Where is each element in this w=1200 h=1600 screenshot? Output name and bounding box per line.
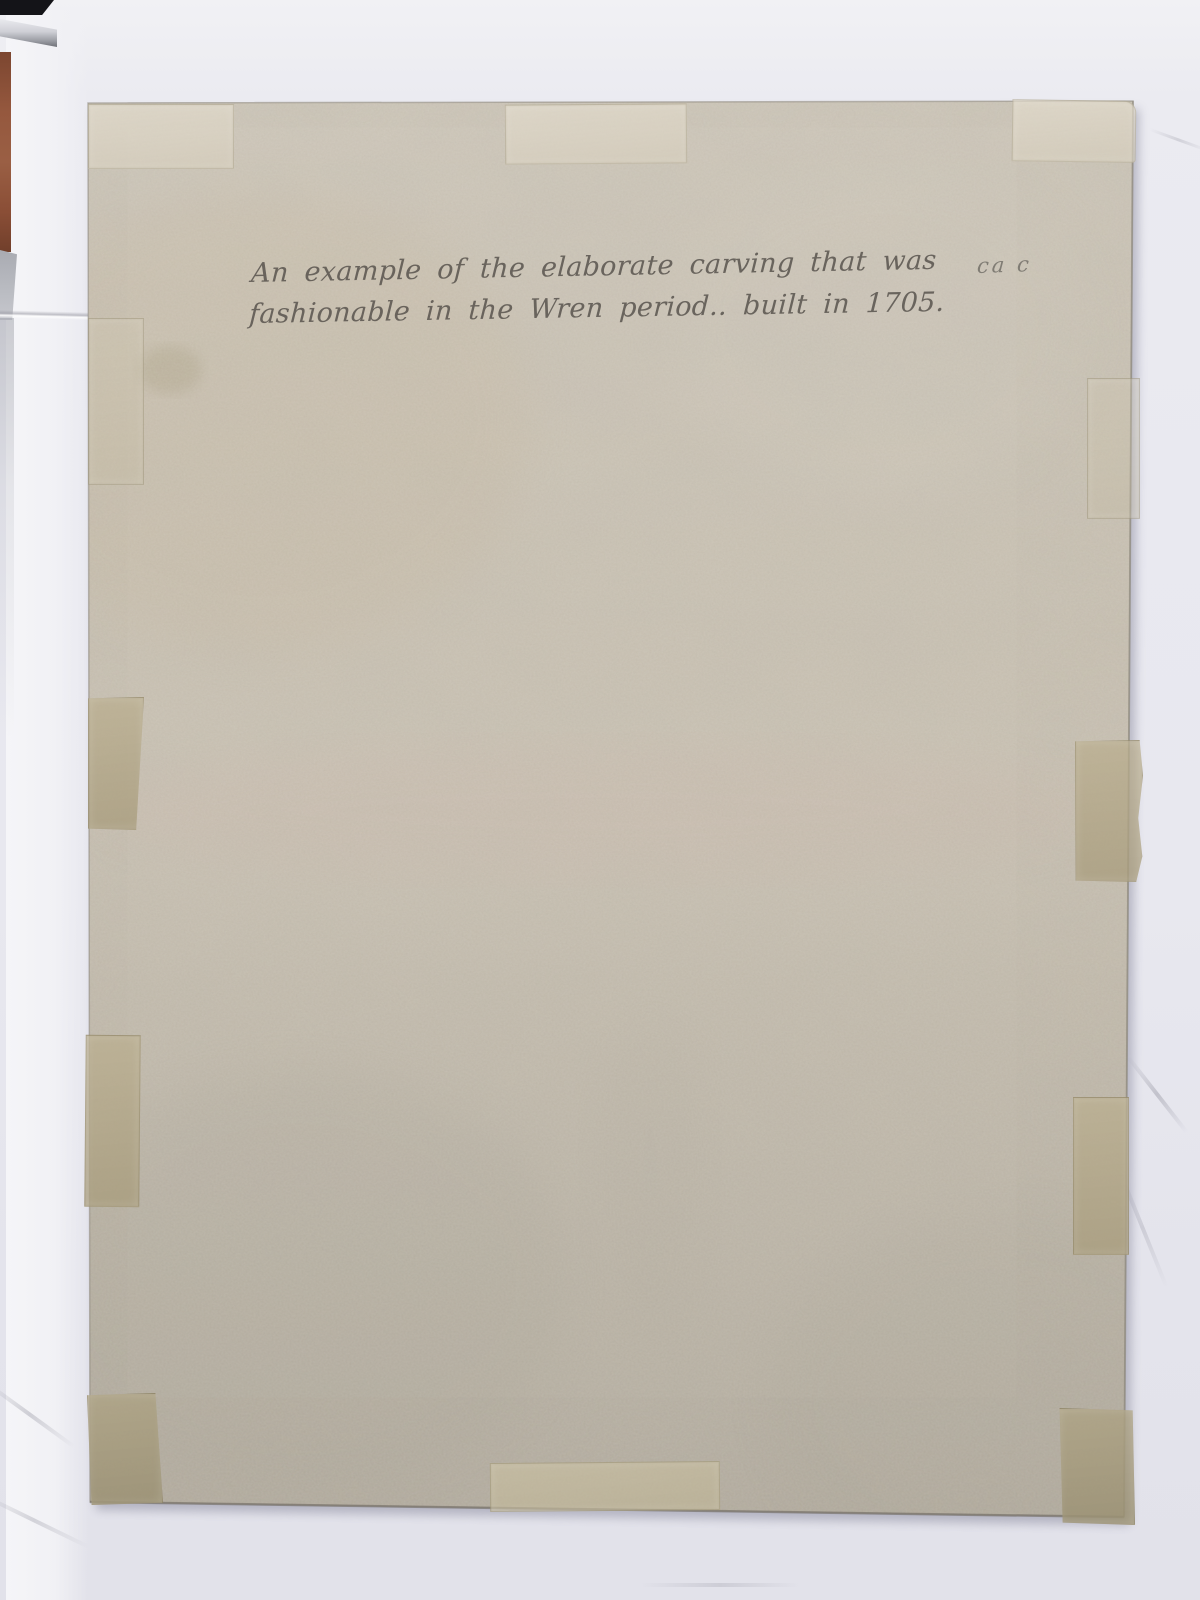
tape-top-right [1012,99,1137,163]
tape-left-middle [88,697,144,830]
tape-bottom-left [87,1393,163,1505]
tape-bottom-center [490,1461,720,1512]
mount-board [0,0,1200,1600]
tape-bottom-right [1058,1408,1135,1525]
tape-left-upper [88,318,144,485]
tape-right-middle [1075,740,1143,882]
tape-right-upper [1087,378,1140,519]
handwritten-corner-mark: ca c [976,252,1032,278]
tape-right-lower [1073,1097,1129,1255]
tape-top-center [505,103,687,164]
tape-top-left [88,104,234,169]
tape-left-lower [84,1035,140,1207]
photo-stage: An example of the elaborate carving that… [0,0,1200,1600]
